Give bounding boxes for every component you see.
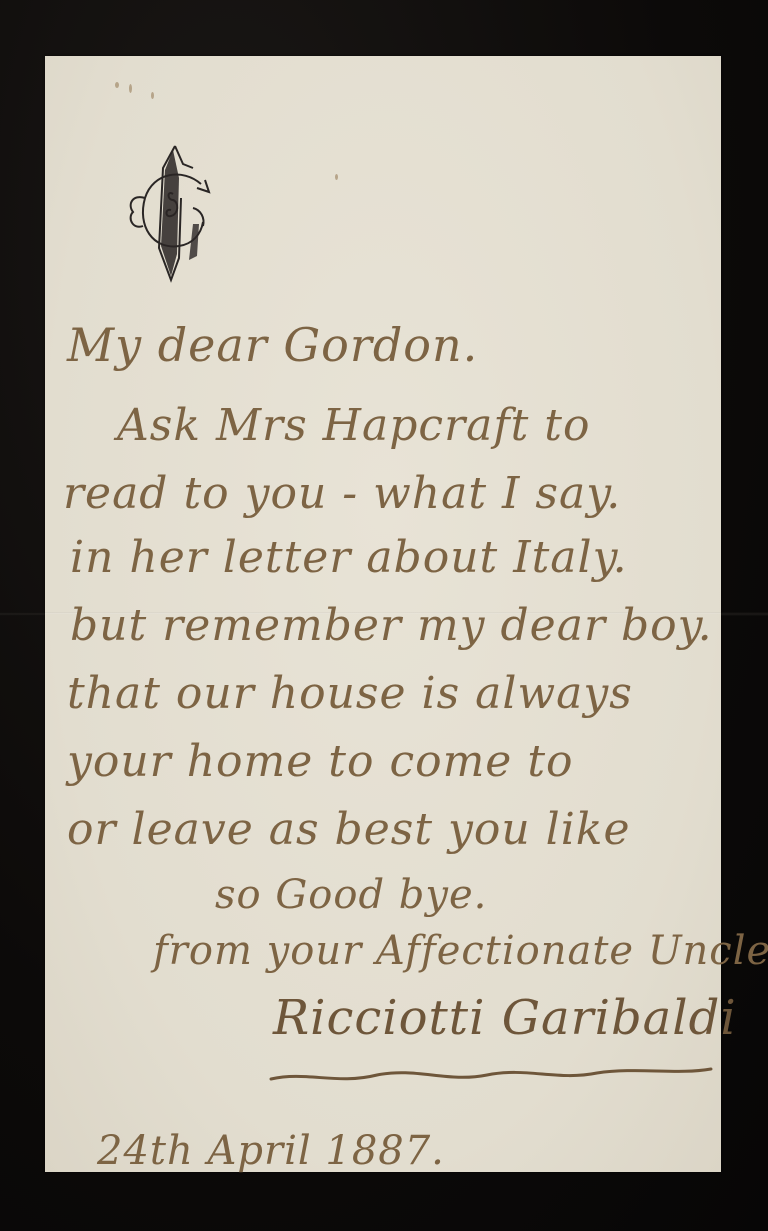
ink-stain	[115, 82, 119, 88]
letter-paper: My dear Gordon. Ask Mrs Hapcraft to read…	[45, 56, 721, 1172]
letter-date: 24th April 1887.	[97, 1128, 445, 1174]
letter-line: in her letter about Italy.	[70, 532, 628, 583]
signature: Ricciotti Garibaldi	[273, 990, 737, 1046]
signature-flourish-underline	[267, 1059, 715, 1089]
letter-line: your home to come to	[67, 736, 574, 787]
ink-stain	[151, 92, 154, 99]
letter-line: but remember my dear boy.	[70, 600, 713, 651]
gc-monogram-icon	[123, 138, 223, 288]
ink-stain	[129, 84, 132, 93]
letter-line: Ask Mrs Hapcraft to	[117, 400, 590, 451]
salutation: My dear Gordon.	[67, 318, 478, 372]
letter-line: that our house is always	[67, 668, 633, 719]
ink-stain	[335, 174, 338, 180]
letter-line: or leave as best you like	[67, 804, 631, 855]
closing-line: from your Affectionate Uncle.	[153, 928, 768, 974]
letter-line: read to you - what I say.	[63, 468, 621, 519]
closing-line: so Good bye.	[215, 872, 487, 918]
